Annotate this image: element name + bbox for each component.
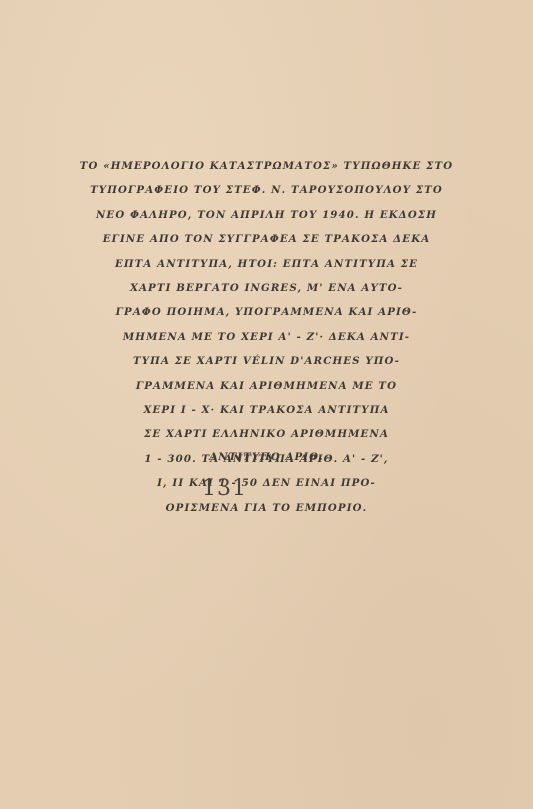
colophon-line-14: I, II ΚΑΙ 1 - 50 ΔΕΝ ΕΙΝΑΙ ΠΡΟ- xyxy=(0,471,533,495)
colophon-line-8: ΜΗΜΕΝΑ ΜΕ ΤΟ ΧΕΡΙ Α' - Ζ'· ΔΕΚΑ ΑΝΤΙ- xyxy=(0,325,533,349)
colophon-line-3: ΝΕΟ ΦΑΛΗΡΟ, ΤΟΝ ΑΠΡΙΛΗ ΤΟΥ 1940. Η ΕΚΔΟΣ… xyxy=(0,203,533,227)
colophon-line-15: ΟΡΙΣΜΕΝΑ ΓΙΑ ΤΟ ΕΜΠΟΡΙΟ. xyxy=(0,496,533,520)
colophon-line-6: ΧΑΡΤΙ ΒΕΡΓΑΤΟ INGRES, Μ' ΕΝΑ ΑΥΤΟ- xyxy=(0,276,533,300)
colophon-line-7: ΓΡΑΦΟ ΠΟΙΗΜΑ, ΥΠΟΓΡΑΜΜΕΝΑ ΚΑΙ ΑΡΙΘ- xyxy=(0,300,533,324)
book-page: ΤΟ «ΗΜΕΡΟΛΟΓΙΟ ΚΑΤΑΣΤΡΩΜΑΤΟΣ» ΤΥΠΩΘΗΚΕ Σ… xyxy=(0,0,533,809)
copy-number-label: ΑΝΤΙΤΥΠΟ ΑΡΙΘ. xyxy=(0,451,533,463)
colophon-line-5: ΕΠΤΑ ΑΝΤΙΤΥΠΑ, ΗΤΟΙ: ΕΠΤΑ ΑΝΤΙΤΥΠΑ ΣΕ xyxy=(0,252,533,276)
colophon-line-11: ΧΕΡΙ I - X· ΚΑΙ ΤΡΑΚΟΣΑ ΑΝΤΙΤΥΠΑ xyxy=(0,398,533,422)
colophon-line-1: ΤΟ «ΗΜΕΡΟΛΟΓΙΟ ΚΑΤΑΣΤΡΩΜΑΤΟΣ» ΤΥΠΩΘΗΚΕ Σ… xyxy=(0,154,533,178)
colophon-line-9: ΤΥΠΑ ΣΕ ΧΑΡΤΙ VÉLIN D'ARCHES ΥΠΟ- xyxy=(0,349,533,373)
copy-number-stamp: 131 xyxy=(202,476,247,501)
colophon-line-10: ΓΡΑΜΜΕΝΑ ΚΑΙ ΑΡΙΘΜΗΜΕΝΑ ΜΕ ΤΟ xyxy=(0,374,533,398)
colophon-line-12: ΣΕ ΧΑΡΤΙ ΕΛΛΗΝΙΚΟ ΑΡΙΘΜΗΜΕΝΑ xyxy=(0,422,533,446)
colophon-text-block: ΤΟ «ΗΜΕΡΟΛΟΓΙΟ ΚΑΤΑΣΤΡΩΜΑΤΟΣ» ΤΥΠΩΘΗΚΕ Σ… xyxy=(0,154,533,520)
colophon-line-4: ΕΓΙΝΕ ΑΠΟ ΤΟΝ ΣΥΓΓΡΑΦΕΑ ΣΕ ΤΡΑΚΟΣΑ ΔΕΚΑ xyxy=(0,227,533,251)
colophon-line-2: ΤΥΠΟΓΡΑΦΕΙΟ ΤΟΥ ΣΤΕΦ. Ν. ΤΑΡΟΥΣΟΠΟΥΛΟΥ Σ… xyxy=(0,178,533,202)
